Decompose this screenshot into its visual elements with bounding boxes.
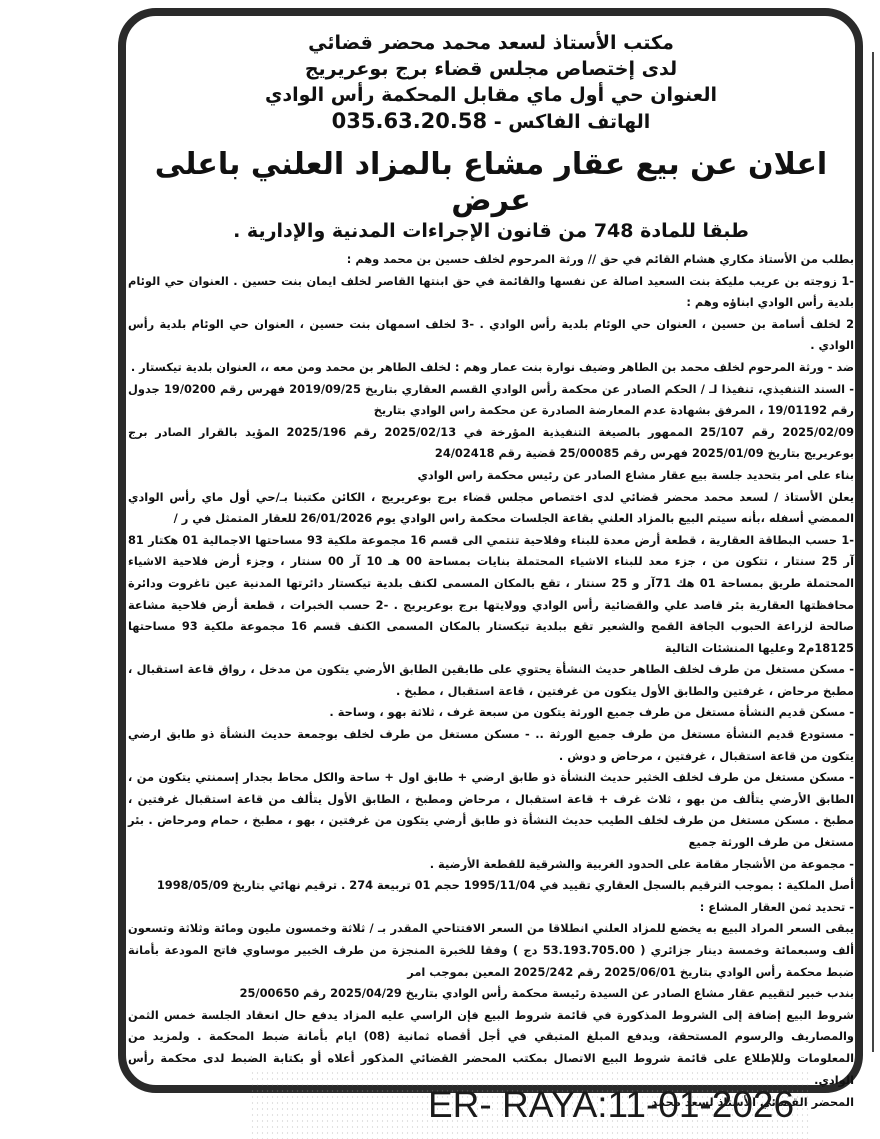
paragraph-ownership-origin: أصل الملكية : بموجب الترقيم بالسجل العقا…	[128, 875, 854, 897]
notice-subtitle: طبقا للمادة 748 من قانون الإجراءات المدن…	[128, 219, 854, 243]
paragraph-executive-title: - السند التنفيذي، تنفيذا لـ / الحكم الصا…	[128, 379, 854, 422]
office-jurisdiction: لدى إختصاص مجلس قضاء برج بوعريريج	[128, 56, 854, 82]
legal-notice: مكتب الأستاذ لسعد محمد محضر قضائي لدى إخ…	[128, 30, 854, 1113]
paragraph-property-description: -1 حسب البطاقة العقارية ، قطعة أرض معدة …	[128, 530, 854, 660]
paragraph-trees: - مجموعة من الأشجار مقامة على الحدود الغ…	[128, 854, 854, 876]
paragraph-building-2: - مسكن قديم النشأة مستغل من طرف جميع الو…	[128, 702, 854, 724]
phone-label: الهاتف الفاكس -	[494, 111, 651, 133]
notice-title: اعلان عن بيع عقار مشاع بالمزاد العلني با…	[128, 147, 854, 219]
office-address: العنوان حي أول ماي مقابل المحكمة رأس الو…	[128, 82, 854, 108]
paragraph-against: ضد - ورثة المرحوم لخلف محمد بن الطاهر وض…	[128, 357, 854, 379]
paragraph-expert: بندب خبير لتقييم عقار مشاع الصادر عن الس…	[128, 983, 854, 1005]
phone-number: 035.63.20.58	[332, 109, 487, 133]
paragraph-requester: بطلب من الأستاذ مكاري هشام القائم في حق …	[128, 249, 854, 271]
office-phone-line: الهاتف الفاكس - 035.63.20.58	[128, 108, 854, 135]
paragraph-price-heading: - تحديد ثمن العقار المشاع :	[128, 897, 854, 919]
paragraph-price: يبقى السعر المراد البيع به يخضع للمزاد ا…	[128, 918, 854, 983]
paragraph-building-4: - مسكن مستغل من طرف لخلف الخثير حديث الن…	[128, 767, 854, 853]
paragraph-heirs-2-3: 2 لخلف أسامة بن حسين ، العنوان حي الوئام…	[128, 314, 854, 357]
office-name: مكتب الأستاذ لسعد محمد محضر قضائي	[128, 30, 854, 56]
newspaper-stamp: ER- RAYA:11-01-2026	[428, 1084, 794, 1126]
paragraph-building-1: - مسكن مستغل من طرف لخلف الطاهر حديث الن…	[128, 659, 854, 702]
paragraph-references: 2025/02/09 رقم 25/107 الممهور بالصيغة ال…	[128, 422, 854, 465]
page-edge-line	[872, 52, 874, 1052]
office-header: مكتب الأستاذ لسعد محمد محضر قضائي لدى إخ…	[128, 30, 854, 135]
paragraph-building-3: - مستودع قديم النشأة مستغل من طرف جميع ا…	[128, 724, 854, 767]
paragraph-heir-1: -1 زوجته بن عريب مليكة بنت السعيد اصالة …	[128, 271, 854, 314]
paragraph-order: بناء على امر بتحديد جلسة بيع عقار مشاع ا…	[128, 465, 854, 487]
paragraph-announcement: يعلن الأستاذ / لسعد محمد محضر قضائي لدى …	[128, 487, 854, 530]
